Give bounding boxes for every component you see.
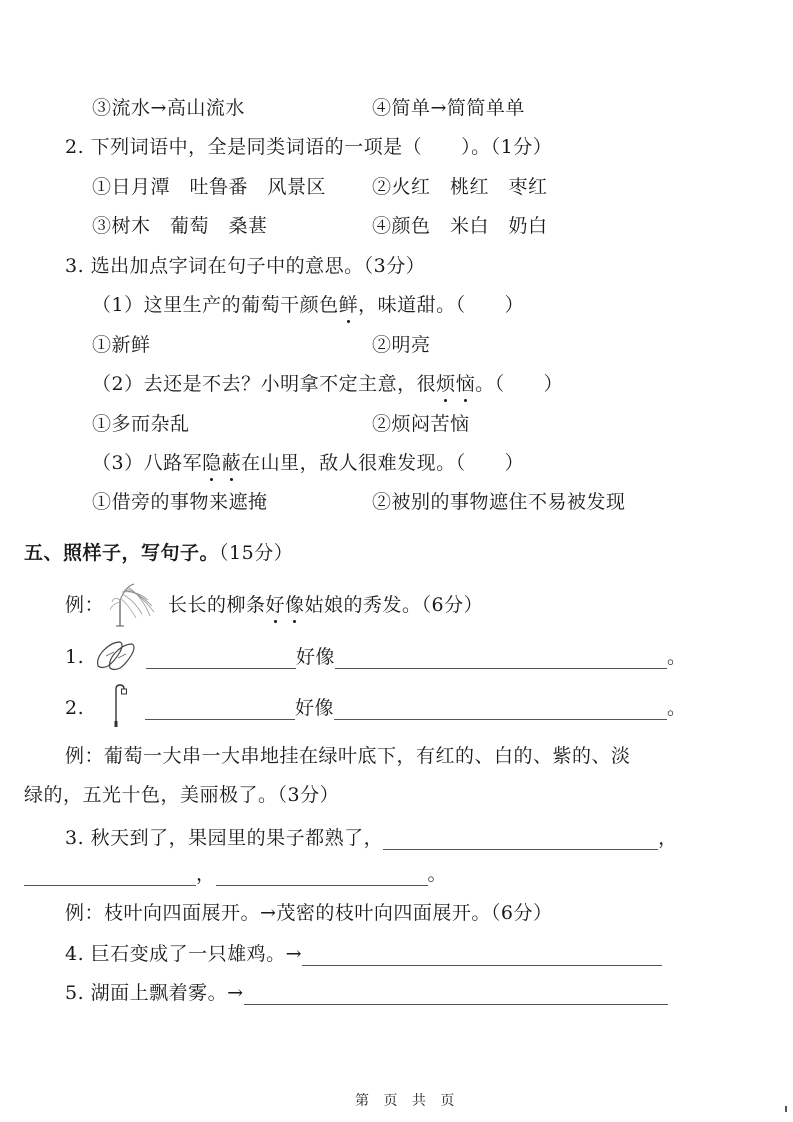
item1-blank-1[interactable]: [146, 648, 296, 669]
dotted-char: 鲜: [339, 293, 359, 317]
q3-sub2-option-1: ①多而杂乱: [92, 412, 190, 436]
q3-sub1-before: （1）这里生产的葡萄干颜色: [92, 294, 339, 316]
example1-before: 长长的柳条: [168, 594, 266, 616]
item1-number: 1.: [65, 645, 84, 669]
q2-option-2: ②火红 桃红 枣红: [372, 175, 548, 199]
example2-line-1: 例：葡萄一大串一大串地挂在绿叶底下，有红的、白的、紫的、淡: [65, 744, 631, 768]
example1-after: 姑娘的秀发。（6分）: [305, 594, 484, 616]
q3-sub3-sentence: （3）八路军隐蔽在山里，敌人很难发现。（ ）: [92, 451, 524, 475]
section5-title: 五、照样子，写句子。: [24, 542, 219, 564]
q3-sub3-before: （3）八路军: [92, 452, 202, 474]
willow-tree-icon: [108, 582, 158, 628]
item3-comma-2: ，: [196, 863, 216, 885]
item2-number: 2.: [65, 696, 84, 720]
item3-end: 。: [428, 863, 448, 885]
dotted-char: 好: [266, 593, 286, 617]
shoes-icon: [94, 636, 140, 672]
item2-blank-1[interactable]: [145, 699, 295, 720]
example2-line-2: 绿的，五光十色，美丽极了。（3分）: [24, 783, 339, 807]
q3-sub1-after: ，味道甜。（ ）: [358, 294, 524, 316]
dotted-char: 像: [285, 593, 305, 617]
item3-blank-2[interactable]: [24, 865, 196, 886]
q3-sub3-option-1: ①借旁的事物来遮掩: [92, 490, 268, 514]
q3-sub3-option-2: ②被别的事物遮住不易被发现: [372, 490, 626, 514]
item1-sentence: 好像。: [146, 645, 687, 669]
example1-sentence: 长长的柳条好像姑娘的秀发。（6分）: [168, 593, 483, 617]
section5-points: （15分）: [219, 542, 293, 564]
item2-end: 。: [667, 697, 687, 719]
dotted-char: 蔽: [222, 451, 242, 475]
item1-mid: 好像: [296, 646, 335, 668]
dotted-char: 烦: [436, 372, 456, 396]
item3-blank-1[interactable]: [383, 829, 658, 850]
item1-end: 。: [667, 646, 687, 668]
q3-sub3-after: 在山里，敌人很难发现。（ ）: [241, 452, 524, 474]
section5-heading: 五、照样子，写句子。（15分）: [24, 541, 293, 565]
item4-line: 4. 巨石变成了一只雄鸡。→: [65, 942, 662, 966]
q3-sub2-sentence: （2）去还是不去？小明拿不定主意，很烦恼。（ ）: [92, 372, 563, 396]
item3-line-1: 3. 秋天到了，果园里的果子都熟了，，: [65, 826, 678, 850]
q2-option-3: ③树木 葡萄 桑葚: [92, 214, 268, 238]
example1-label: 例：: [65, 593, 104, 617]
item4-blank[interactable]: [302, 945, 662, 966]
dotted-char: 恼: [456, 372, 476, 396]
q3-sub1-option-2: ②明亮: [372, 333, 431, 357]
item3-blank-3[interactable]: [216, 865, 428, 886]
q3-sub1-option-1: ①新鲜: [92, 333, 151, 357]
q3-sub2-option-2: ②烦闷苦恼: [372, 412, 470, 436]
street-lamp-icon: [112, 683, 128, 727]
example3: 例：枝叶向四面展开。→茂密的枝叶向四面展开。（6分）: [65, 901, 553, 925]
item3-line-2: ，。: [24, 862, 447, 886]
q2-stem: 2. 下列词语中，全是同类词语的一项是（ ）。（1分）: [65, 135, 552, 159]
scan-edge-mark: [785, 1106, 787, 1112]
q1-option-3: ③流水→高山流水: [92, 96, 245, 120]
item5-line: 5. 湖面上飘着雾。→: [65, 981, 668, 1005]
q3-stem: 3. 选出加点字词在句子中的意思。（3分）: [65, 254, 425, 278]
page-footer: 第 页 共 页: [355, 1090, 459, 1110]
item2-blank-2[interactable]: [334, 699, 667, 720]
item2-sentence: 好像。: [145, 696, 687, 720]
item5-text: 5. 湖面上飘着雾。→: [65, 982, 244, 1004]
item2-mid: 好像: [295, 697, 334, 719]
item3-comma: ，: [658, 827, 678, 849]
item3-text: 3. 秋天到了，果园里的果子都熟了，: [65, 827, 383, 849]
item5-blank[interactable]: [244, 984, 668, 1005]
dotted-char: 隐: [202, 451, 222, 475]
q3-sub2-before: （2）去还是不去？小明拿不定主意，很: [92, 373, 436, 395]
q3-sub1-sentence: （1）这里生产的葡萄干颜色鲜，味道甜。（ ）: [92, 293, 524, 317]
item1-blank-2[interactable]: [335, 648, 667, 669]
q2-option-1: ①日月潭 吐鲁番 风景区: [92, 175, 326, 199]
q3-sub2-after: 。（ ）: [475, 373, 563, 395]
item4-text: 4. 巨石变成了一只雄鸡。→: [65, 943, 302, 965]
q2-option-4: ④颜色 米白 奶白: [372, 214, 548, 238]
q1-option-4: ④简单→简简单单: [372, 96, 525, 120]
